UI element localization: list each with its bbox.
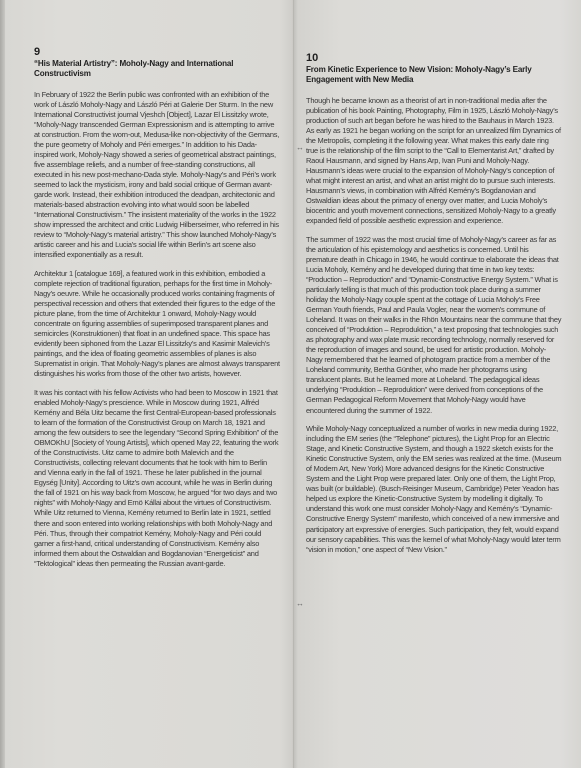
binding-mark: ↔ xyxy=(296,143,304,152)
paragraph: While Moholy-Nagy conceptualized a numbe… xyxy=(306,424,562,555)
right-page: 10 From Kinetic Experience to New Vision… xyxy=(306,0,562,563)
section-body: In February of 1922 the Berlin public wa… xyxy=(34,90,280,569)
section-body: Though he became known as a theorist of … xyxy=(306,96,562,555)
section-title: “His Material Artistry”: Moholy-Nagy and… xyxy=(34,59,280,80)
book-spread: ↔ ↔ 9 “His Material Artistry”: Moholy-Na… xyxy=(0,0,581,768)
section-number: 10 xyxy=(306,52,562,64)
paragraph: It was his contact with his fellow Activ… xyxy=(34,388,280,569)
section-number: 9 xyxy=(34,46,280,58)
binding-mark: ↔ xyxy=(296,599,304,608)
page-edge xyxy=(0,0,5,768)
paragraph: In February of 1922 the Berlin public wa… xyxy=(34,90,280,261)
paragraph: Architektur 1 [catalogue 169], a feature… xyxy=(34,269,280,380)
paragraph: Though he became known as a theorist of … xyxy=(306,96,562,227)
section-title: From Kinetic Experience to New Vision: M… xyxy=(306,65,562,86)
left-page: 9 “His Material Artistry”: Moholy-Nagy a… xyxy=(34,0,280,577)
paragraph: The summer of 1922 was the most crucial … xyxy=(306,235,562,416)
book-spine xyxy=(293,0,294,768)
